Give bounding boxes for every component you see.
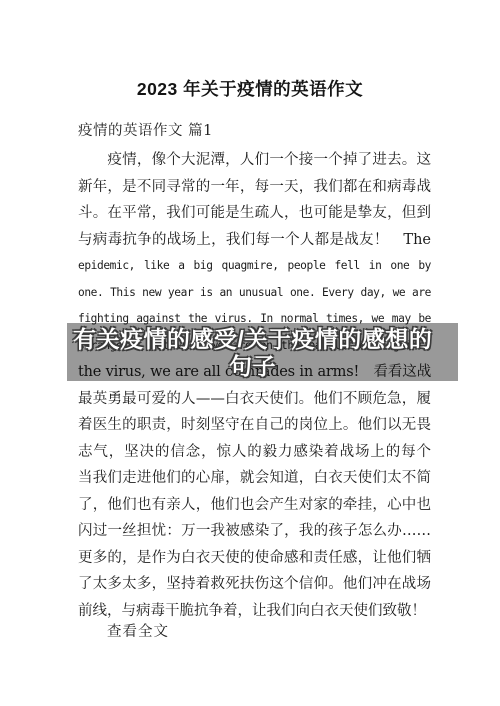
essay-line: 闪过一丝担忧：万一我被感染了，我的孩子怎么办……但 bbox=[78, 518, 431, 545]
essay-line: 了，他们也有亲人，他们也会产生对家的牵挂，心中也会 bbox=[78, 492, 431, 519]
view-full-text-link[interactable]: 查看全文 bbox=[107, 620, 169, 641]
essay-line: 了太多太多，坚持着救死扶伤这个信仰。他们冲在战场最 bbox=[78, 571, 431, 598]
essay-line: 志气，坚决的信念，惊人的毅力感染着战场上的每个人。 bbox=[78, 439, 431, 466]
page-title: 2023 年关于疫情的英语作文 bbox=[0, 76, 500, 101]
section-heading: 疫情的英语作文 篇1 bbox=[78, 119, 213, 140]
promo-overlay-banner[interactable]: 有关疫情的感受/关于疫情的感想的 句子 bbox=[67, 323, 458, 381]
overlay-banner-text-line1: 有关疫情的感受/关于疫情的感想的 bbox=[73, 326, 432, 353]
overlay-banner-text-line2: 句子 bbox=[73, 353, 432, 380]
essay-line: epidemic, like a big quagmire, people fe… bbox=[78, 253, 431, 280]
essay-line: 与病毒抗争的战场上，我们每一个人都是战友！ The bbox=[78, 227, 431, 254]
essay-body: 疫情，像个大泥潭，人们一个接一个掉了进去。这个新年，是不同寻常的一年，每一天，我… bbox=[78, 147, 431, 624]
essay-line: 新年，是不同寻常的一年，每一天，我们都在和病毒战 bbox=[78, 174, 431, 201]
essay-line: 疫情，像个大泥潭，人们一个接一个掉了进去。这个 bbox=[78, 147, 431, 174]
essay-line: 最英勇最可爱的人——白衣天使们。他们不顾危急，履行 bbox=[78, 386, 431, 413]
essay-line: 斗。在平常，我们可能是生疏人，也可能是挚友，但到了 bbox=[78, 200, 431, 227]
essay-line: 更多的，是作为白衣天使的使命感和责任感，让他们牺牲 bbox=[78, 545, 431, 572]
essay-line: 当我们走进他们的心扉，就会知道，白衣天使们太不简洁 bbox=[78, 465, 431, 492]
document-page: 2023 年关于疫情的英语作文 疫情的英语作文 篇1 疫情，像个大泥潭，人们一个… bbox=[0, 0, 500, 706]
essay-line: one. This new year is an unusual one. Ev… bbox=[78, 280, 431, 307]
essay-line: 着医生的职责，时刻坚守在自己的岗位上。他们以无畏的 bbox=[78, 412, 431, 439]
